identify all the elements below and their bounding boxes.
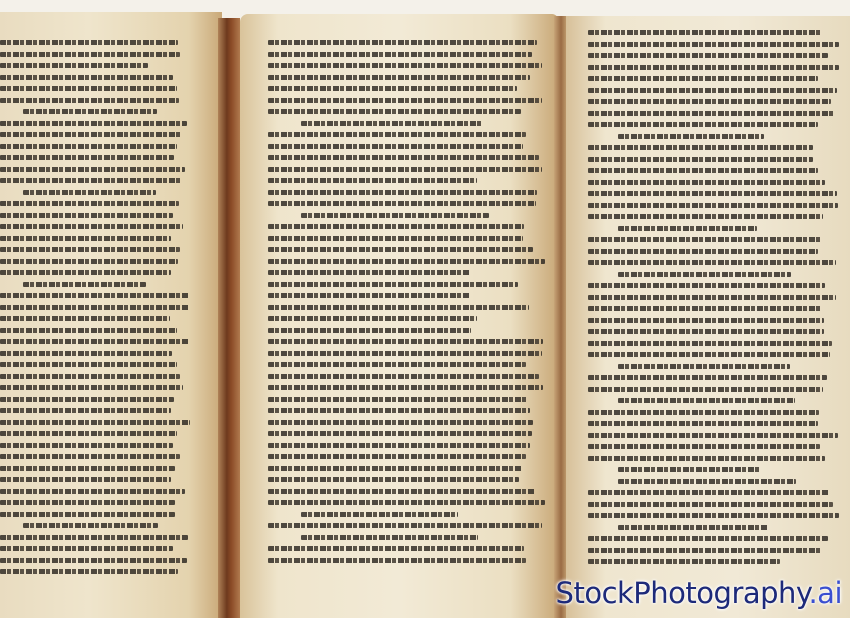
text-line [0,512,175,517]
book-spine [218,18,240,618]
text-line [0,63,148,68]
text-line [588,548,822,553]
text-line [588,490,829,495]
text-line [588,30,821,35]
text-line [268,523,542,528]
text-line [0,293,189,298]
text-line [588,88,837,93]
text-line [618,226,757,231]
text-line [588,168,818,173]
text-line [0,569,178,574]
text-line [268,98,542,103]
text-line [0,178,182,183]
text-line [0,477,171,482]
text-line [0,213,173,218]
text-line [0,489,185,494]
text-line [268,247,533,252]
text-line [0,431,177,436]
text-line [0,351,172,356]
text-line [588,157,813,162]
text-line [268,546,524,551]
text-line [588,180,825,185]
text-line [0,305,189,310]
text-line [588,295,836,300]
text-line [268,52,532,57]
text-line [0,40,178,45]
text-line [23,190,157,195]
text-line [0,75,173,80]
text-line [588,53,828,58]
text-line [588,122,818,127]
text-line [588,341,832,346]
text-line [23,282,147,287]
text-line [588,456,825,461]
watermark-text: StockPhotography [556,576,809,610]
text-line [268,270,470,275]
text-line [618,398,795,403]
text-line [301,121,483,126]
text-line [0,316,170,321]
text-line [588,352,830,357]
text-line [268,305,529,310]
right-page [566,16,850,618]
text-line [618,479,796,484]
text-line [268,75,530,80]
watermark: StockPhotography.ai [556,576,842,610]
text-line [268,132,526,137]
text-line [588,214,823,219]
text-line [268,259,545,264]
text-line [0,247,180,252]
text-line [268,86,517,91]
text-line [268,40,537,45]
text-line [268,431,532,436]
text-line [0,558,187,563]
text-line [588,249,818,254]
text-line [23,109,157,114]
text-line [588,375,827,380]
text-line [268,466,522,471]
text-line [618,272,791,277]
text-line [588,65,839,70]
text-line [0,397,174,402]
text-line [268,167,542,172]
text-line [268,339,543,344]
text-line [588,318,824,323]
text-line [0,339,189,344]
middle-page [240,14,558,618]
text-line [588,513,839,518]
text-line [301,535,478,540]
text-line [268,224,524,229]
text-line [268,374,539,379]
text-line [0,546,173,551]
text-line [268,408,530,413]
text-line [0,420,190,425]
text-line [0,385,183,390]
text-line [268,144,523,149]
text-line [268,500,545,505]
text-line [0,155,174,160]
text-line [0,201,179,206]
text-line [23,523,158,528]
text-line [268,201,536,206]
left-page [0,12,222,618]
text-line [588,387,823,392]
watermark-suffix: .ai [808,576,842,610]
text-line [268,420,533,425]
text-line [0,408,171,413]
text-line [268,477,519,482]
text-line [0,466,175,471]
text-line [0,167,185,172]
text-line [588,410,819,415]
text-line [588,203,838,208]
text-line [301,213,489,218]
text-line [588,421,818,426]
text-line [268,397,527,402]
text-line [268,558,526,563]
text-line [588,99,831,104]
text-line [268,454,526,459]
text-line [588,559,780,564]
text-line [0,270,171,275]
text-line [0,259,178,264]
text-line [618,134,764,139]
text-line [588,306,821,311]
book-photo: StockPhotography.ai [0,0,850,618]
text-line [268,282,518,287]
text-line [618,364,790,369]
text-line [588,329,824,334]
text-line [268,109,521,114]
text-line [0,362,177,367]
text-line [588,536,828,541]
text-block [588,30,840,571]
text-line [0,236,171,241]
text-line [588,502,833,507]
text-line [268,328,471,333]
text-block [268,40,546,569]
text-line [0,374,180,379]
text-line [588,111,835,116]
text-line [588,444,820,449]
text-line [588,260,836,265]
text-line [0,454,180,459]
text-line [0,328,177,333]
text-line [588,42,839,47]
text-line [268,362,526,367]
text-line [268,351,542,356]
text-line [0,52,180,57]
text-line [588,191,837,196]
text-line [618,467,760,472]
text-line [268,178,477,183]
text-line [268,293,470,298]
text-line [268,155,539,160]
text-line [268,385,543,390]
text-line [0,132,181,137]
text-line [0,98,179,103]
text-line [0,144,177,149]
text-line [0,443,173,448]
text-line [0,535,188,540]
text-line [268,236,523,241]
text-line [588,237,822,242]
text-line [268,190,537,195]
text-line [588,76,818,81]
text-line [0,121,187,126]
text-line [588,145,813,150]
text-line [588,433,838,438]
text-line [0,224,183,229]
text-line [268,316,477,321]
text-line [618,525,768,530]
text-line [268,63,542,68]
text-block [0,40,190,581]
text-line [301,512,458,517]
text-line [0,86,177,91]
text-line [268,489,535,494]
text-line [588,283,825,288]
text-line [268,443,530,448]
text-line [0,500,175,505]
